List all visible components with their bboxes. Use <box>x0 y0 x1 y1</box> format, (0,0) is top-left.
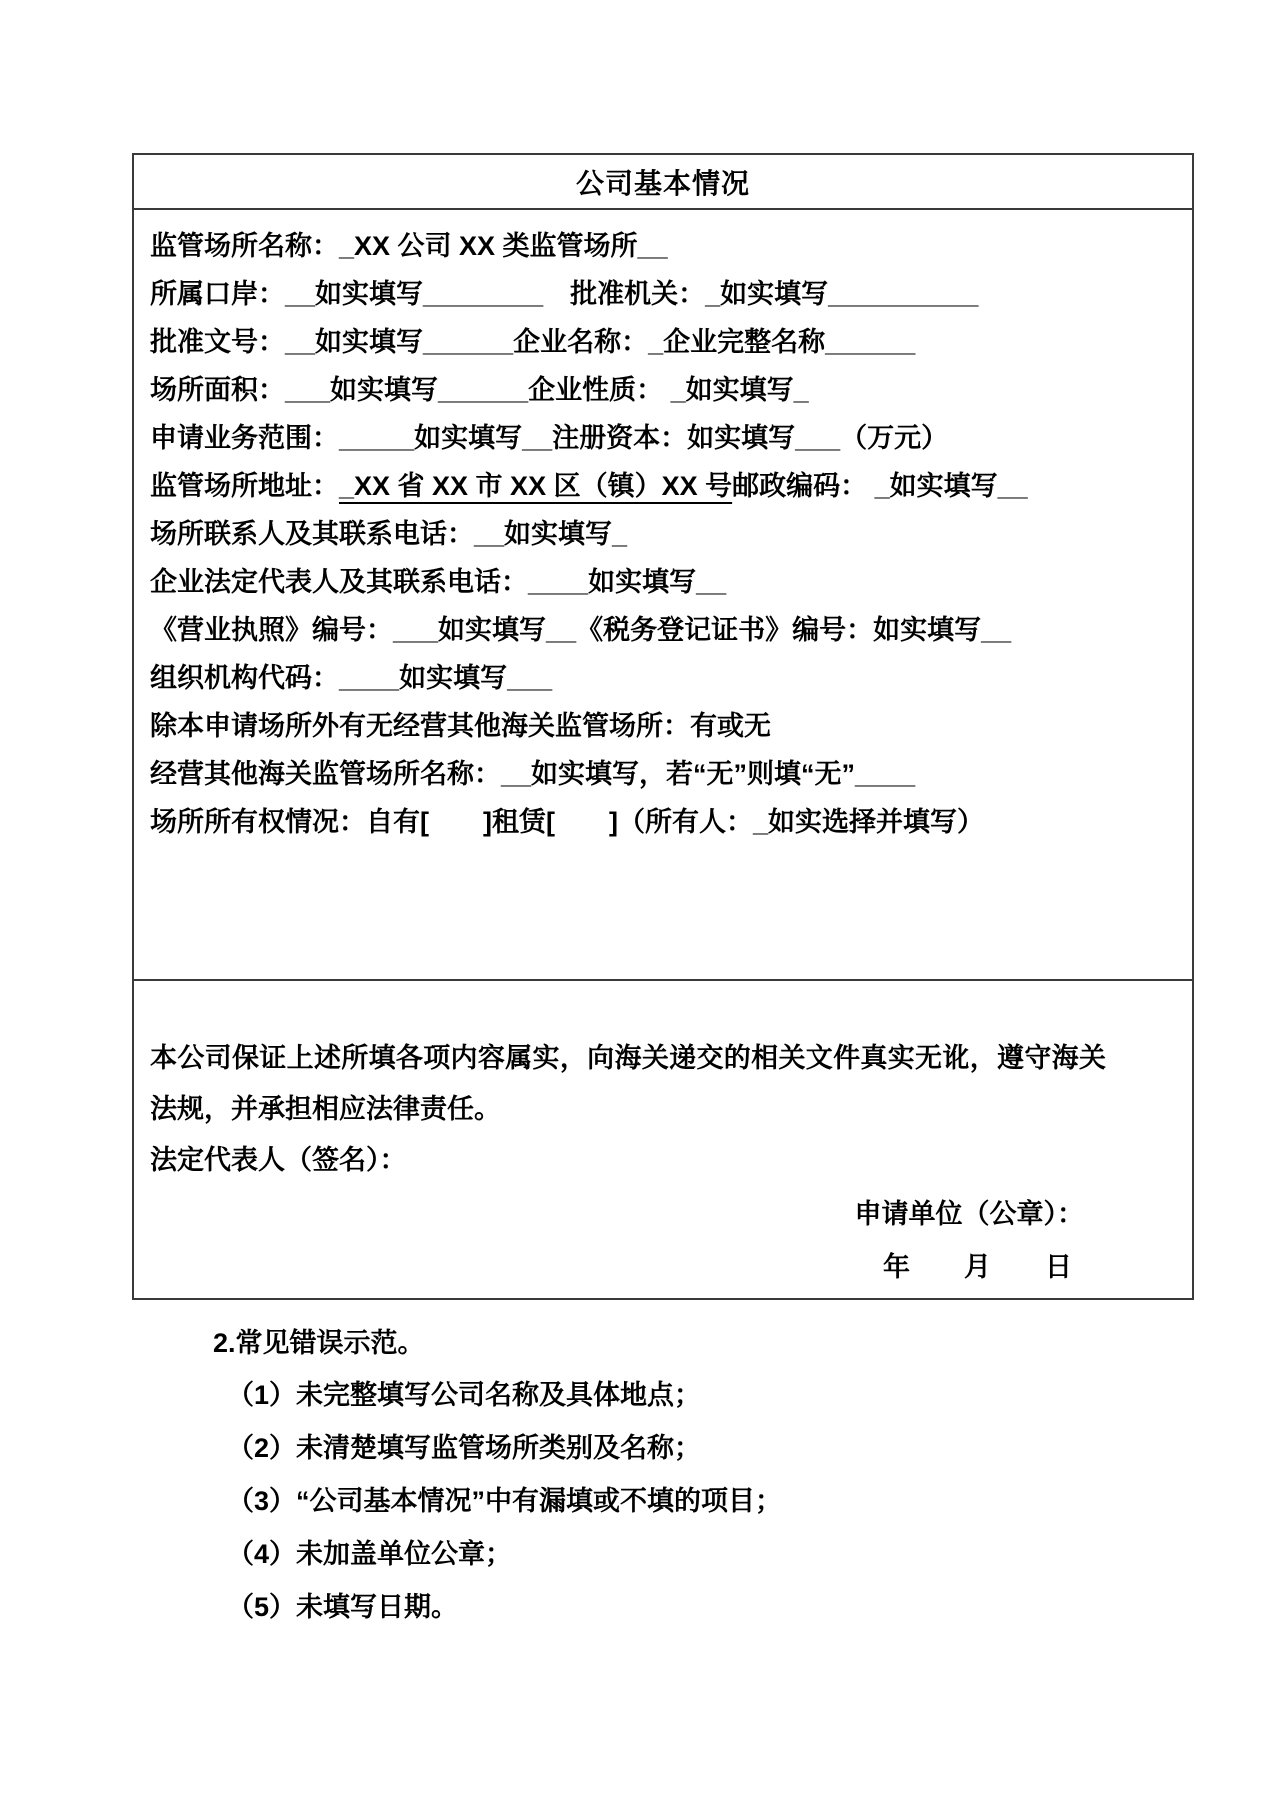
notes-list: （1）未完整填写公司名称及具体地点；（2）未清楚填写监管场所类别及名称；（3）“… <box>213 1378 782 1624</box>
form-field-line: 企业法定代表人及其联系电话：____如实填写__ <box>150 558 1176 606</box>
legal-representative-signature-label: 法定代表人（签名）： <box>150 1135 1176 1186</box>
note-item: （2）未清楚填写监管场所类别及名称； <box>227 1431 782 1465</box>
form-field-line: 除本申请场所外有无经营其他海关监管场所：有或无 <box>150 702 1176 750</box>
form-field-line: 监管场所地址：_XX 省 XX 市 XX 区（镇）XX 号邮政编码： _如实填写… <box>150 462 1176 510</box>
note-item: （5）未填写日期。 <box>227 1590 782 1624</box>
declaration-cell: 本公司保证上述所填各项内容属实，向海关递交的相关文件真实无讹，遵守海关法规，并承… <box>134 981 1192 1298</box>
applicant-unit-seal-label: 申请单位（公章）： <box>150 1186 1176 1242</box>
form-field-line: 场所面积：___如实填写______企业性质： _如实填写_ <box>150 366 1176 414</box>
note-item: （4）未加盖单位公章； <box>227 1537 782 1571</box>
form-field-line: 经营其他海关监管场所名称：__如实填写，若“无”则填“无”____ <box>150 750 1176 798</box>
form-field-line: 批准文号：__如实填写______企业名称：_企业完整名称______ <box>150 318 1176 366</box>
form-field-line: 申请业务范围：_____如实填写__注册资本：如实填写___（万元） <box>150 414 1176 462</box>
table-title-row: 公司基本情况 <box>134 155 1192 210</box>
form-field-line: 场所联系人及其联系电话：__如实填写_ <box>150 510 1176 558</box>
common-errors-section: 2.常见错误示范。 （1）未完整填写公司名称及具体地点；（2）未清楚填写监管场所… <box>213 1326 782 1643</box>
declaration-text: 本公司保证上述所填各项内容属实，向海关递交的相关文件真实无讹，遵守海关法规，并承… <box>150 1033 1176 1135</box>
note-item: （3）“公司基本情况”中有漏填或不填的项目； <box>227 1484 782 1518</box>
table-title: 公司基本情况 <box>576 162 750 202</box>
form-field-line: 所属口岸：__如实填写________ 批准机关：_如实填写__________ <box>150 270 1176 318</box>
form-field-line: 场所所有权情况：自有[ ]租赁[ ]（所有人：_如实选择并填写） <box>150 798 1176 846</box>
form-field-line: 组织机构代码：____如实填写___ <box>150 654 1176 702</box>
form-field-line: 监管场所名称：_XX 公司 XX 类监管场所__ <box>150 222 1176 270</box>
company-info-table: 公司基本情况 监管场所名称：_XX 公司 XX 类监管场所__所属口岸：__如实… <box>132 153 1194 1300</box>
notes-heading: 2.常见错误示范。 <box>213 1326 782 1360</box>
note-item: （1）未完整填写公司名称及具体地点； <box>227 1378 782 1412</box>
form-field-line: 《营业执照》编号：___如实填写__《税务登记证书》编号：如实填写__ <box>150 606 1176 654</box>
date-line: 年 月 日 <box>150 1242 1176 1292</box>
company-info-fields: 监管场所名称：_XX 公司 XX 类监管场所__所属口岸：__如实填写_____… <box>134 210 1192 981</box>
